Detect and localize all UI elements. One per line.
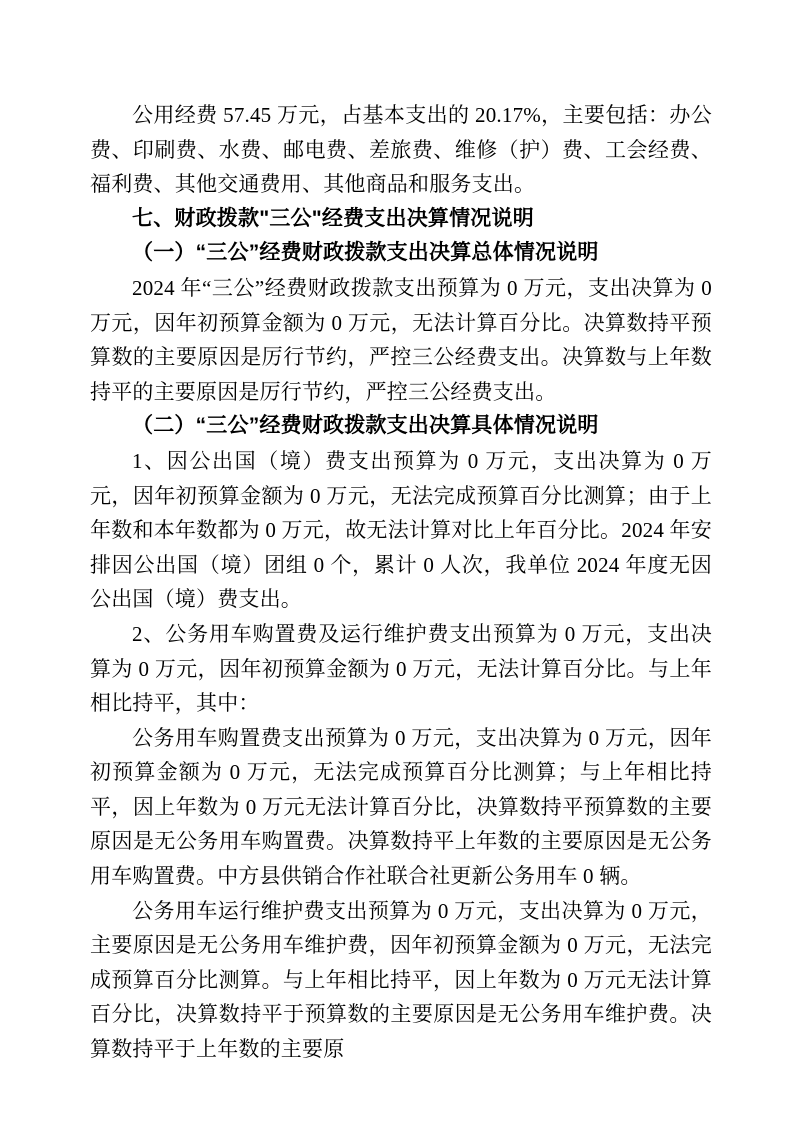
subsection-heading-one-overall-situation: （一）“三公”经费财政拨款支出决算总体情况说明 xyxy=(90,236,712,271)
paragraph-vehicle-maintenance-expense: 公务用车运行维护费支出预算为 0 万元，支出决算为 0 万元，主要原因是无公务用… xyxy=(90,894,712,1067)
document-page: 公用经费 57.45 万元，占基本支出的 20.17%，主要包括：办公费、印刷费… xyxy=(0,0,793,1122)
paragraph-item2-official-vehicle-expense: 2、公务用车购置费及运行维护费支出预算为 0 万元，支出决算为 0 万元，因年初… xyxy=(90,617,712,721)
paragraph-overall-2024-three-public-expense: 2024 年“三公”经费财政拨款支出预算为 0 万元，支出决算为 0 万元，因年… xyxy=(90,271,712,409)
paragraph-item1-overseas-travel-expense: 1、因公出国（境）费支出预算为 0 万元，支出决算为 0 万元，因年初预算金额为… xyxy=(90,444,712,617)
paragraph-vehicle-purchase-expense: 公务用车购置费支出预算为 0 万元，支出决算为 0 万元，因年初预算金额为 0 … xyxy=(90,721,712,894)
paragraph-public-funds-summary: 公用经费 57.45 万元，占基本支出的 20.17%，主要包括：办公费、印刷费… xyxy=(90,98,712,202)
subsection-heading-two-specific-situation: （二）“三公”经费财政拨款支出决算具体情况说明 xyxy=(90,409,712,444)
document-body-text: 公用经费 57.45 万元，占基本支出的 20.17%，主要包括：办公费、印刷费… xyxy=(90,98,712,1067)
section-heading-seven-three-public-funds: 七、财政拨款"三公"经费支出决算情况说明 xyxy=(90,202,712,237)
